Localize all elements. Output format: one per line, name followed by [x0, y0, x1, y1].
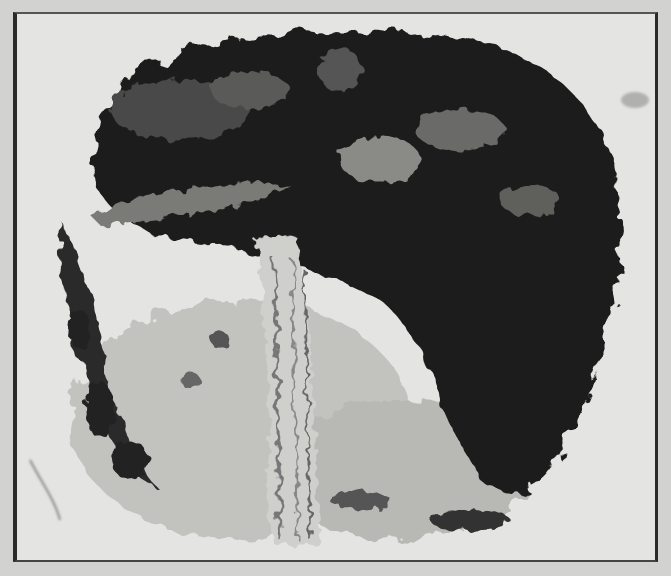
photo-frame	[0, 0, 671, 576]
painting-artwork	[0, 0, 671, 576]
